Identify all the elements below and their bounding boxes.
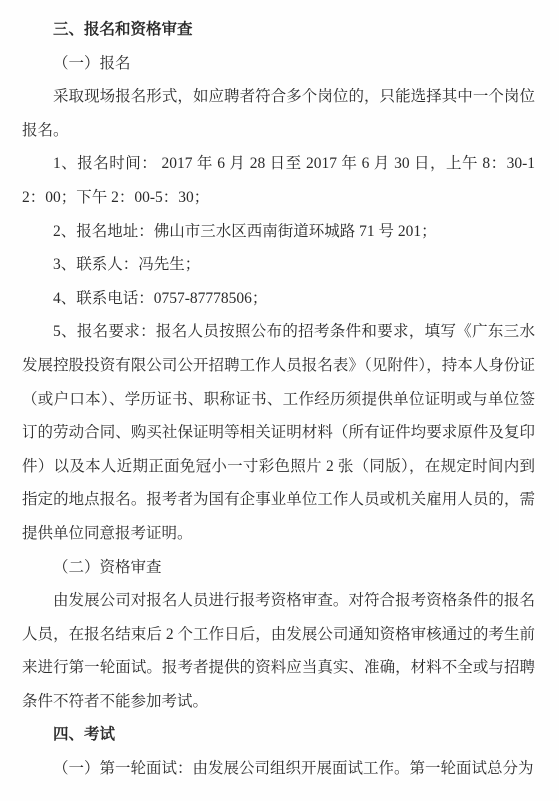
paragraph-registration-method: 采取现场报名形式，如应聘者符合多个岗位的，只能选择其中一个岗位报名。 <box>22 80 535 147</box>
paragraph-registration-time: 1、报名时间： 2017 年 6 月 28 日至 2017 年 6 月 30 日… <box>22 147 535 214</box>
section-heading-examination: 四、考试 <box>22 718 535 752</box>
subsection-heading-registration: （一）报名 <box>22 47 535 81</box>
paragraph-contact-phone: 4、联系电话：0757-87778506； <box>22 282 535 316</box>
paragraph-first-interview: （一）第一轮面试：由发展公司组织开展面试工作。第一轮面试总分为 <box>22 752 535 786</box>
paragraph-contact-person: 3、联系人：冯先生； <box>22 248 535 282</box>
paragraph-registration-address: 2、报名地址：佛山市三水区西南街道环城路 71 号 201； <box>22 215 535 249</box>
section-heading-registration-review: 三、报名和资格审查 <box>22 13 535 47</box>
paragraph-registration-requirements: 5、报名要求：报名人员按照公布的招考条件和要求，填写《广东三水发展控股投资有限公… <box>22 315 535 550</box>
document-page: 三、报名和资格审查 （一）报名 采取现场报名形式，如应聘者符合多个岗位的，只能选… <box>0 0 559 801</box>
paragraph-qualification-review: 由发展公司对报名人员进行报考资格审查。对符合报考资格条件的报名人员，在报名结束后… <box>22 584 535 718</box>
subsection-heading-qualification-review: （二）资格审查 <box>22 551 535 585</box>
